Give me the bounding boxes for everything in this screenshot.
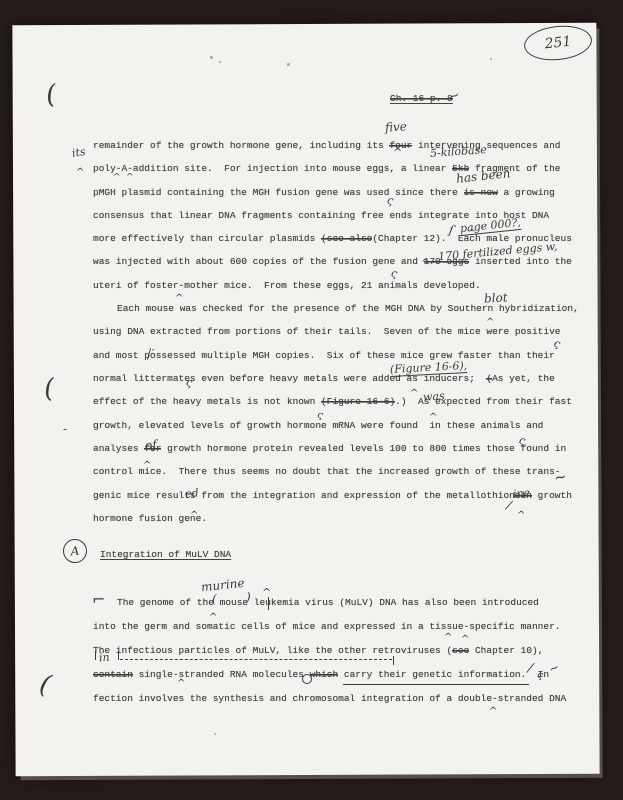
- typed-line: contain single-stranded RNA molecules wh…: [93, 669, 549, 680]
- move-text-dash-line: [120, 659, 392, 660]
- caret-mark: ^: [444, 633, 452, 643]
- scan-speckle: [214, 733, 216, 735]
- struck-out-text: which: [310, 669, 339, 680]
- caret-mark: ^: [209, 613, 217, 623]
- typed-line: analyses for growth hormone protein reve…: [93, 443, 566, 454]
- typed-text: Each mouse was checked for the presence …: [117, 303, 579, 314]
- typed-line: Each mouse was checked for the presence …: [117, 303, 579, 314]
- typed-line: more effectively than circular plasmids …: [93, 233, 572, 244]
- caret-mark: ^: [489, 707, 497, 717]
- caret-mark: ^: [175, 294, 183, 304]
- typed-text: and most possessed multiple MGH copies. …: [93, 350, 555, 361]
- typed-text: Chapter 10),: [469, 645, 543, 656]
- insert-suffix-ine: ine: [513, 487, 531, 499]
- typed-text: fection involves the synthesis and chrom…: [93, 693, 566, 704]
- typed-text: The infectious particles of MuLV, like t…: [93, 645, 452, 656]
- typed-line: fection involves the synthesis and chrom…: [93, 693, 566, 704]
- caret-mark: ^: [486, 318, 494, 328]
- insert-word-its: its: [71, 146, 86, 159]
- insert-word-of: of: [144, 439, 157, 452]
- caret-mark: ^: [177, 679, 185, 689]
- scan-speckle: [219, 61, 221, 63]
- typed-line: Integration of MuLV DNA: [100, 549, 231, 560]
- insert-word-five: five: [385, 120, 408, 133]
- margin-dash-mark: -: [63, 423, 67, 435]
- caret-mark: ^: [421, 259, 429, 269]
- struck-out-text: (see also: [321, 233, 372, 244]
- hand-underline: [343, 684, 529, 685]
- caret-mark: ^: [190, 511, 198, 521]
- typed-text: growth, elevated levels of growth hormon…: [93, 420, 543, 431]
- typed-line: genic mice results from the integration …: [93, 490, 572, 501]
- typed-line: pMGH plasmid containing the MGH fusion g…: [93, 187, 555, 198]
- typed-line: growth, elevated levels of growth hormon…: [93, 420, 543, 431]
- typed-line: The genome of the mouse leukemia virus (…: [117, 597, 539, 608]
- typed-text: pMGH plasmid containing the MGH fusion g…: [93, 187, 464, 198]
- caret-mark: ^: [262, 587, 271, 598]
- typed-text: analyses: [93, 443, 144, 454]
- tick-line: [95, 651, 96, 660]
- typed-line: control mice. There thus seems no doubt …: [93, 466, 560, 477]
- typed-text: growth hormone protein revealed levels 1…: [161, 443, 566, 454]
- margin-crescent-mark: (: [43, 376, 55, 403]
- struck-out-text: see: [452, 645, 469, 656]
- insert-word-in: in: [99, 652, 110, 664]
- page-header-line: Ch. 16 p. 8: [390, 93, 453, 104]
- caret-mark: ^: [468, 230, 476, 239]
- insert-word-blot: blot: [484, 291, 508, 304]
- caret-mark: ^: [113, 174, 121, 183]
- typed-text: a growing: [498, 187, 555, 198]
- insert-suffix-ed: ed: [185, 487, 199, 499]
- typed-text: As yet, the: [492, 373, 555, 384]
- tick-line: [393, 656, 394, 665]
- typed-text: carry their genetic information. In: [338, 669, 549, 680]
- caret-mark: ^: [126, 174, 134, 183]
- scan-speckle: [490, 58, 492, 60]
- comma-insert-mark: ς: [316, 411, 323, 422]
- typed-line: normal littermates even before heavy met…: [93, 373, 555, 384]
- typed-line: effect of the heavy metals is not known …: [93, 396, 572, 407]
- caret-mark: ^: [461, 635, 469, 645]
- hand-paren-mark: (: [212, 593, 217, 605]
- strike-bar: [268, 597, 269, 610]
- typed-text: single-stranded RNA molecules: [133, 669, 310, 680]
- scan-speckle: [210, 56, 213, 59]
- hand-paren-mark: ): [246, 591, 251, 603]
- typed-text: genic mice results from the integration …: [93, 490, 515, 501]
- paragraph-mark: ⌐: [92, 592, 105, 608]
- caret-mark: ^: [76, 168, 84, 178]
- caret-mark: ^: [429, 413, 437, 423]
- comma-insert-mark: ς: [536, 671, 543, 682]
- scan-speckle: [287, 63, 290, 66]
- struck-out-text: contain: [93, 669, 133, 680]
- typed-text: more effectively than circular plasmids: [93, 233, 321, 244]
- caret-mark: ^: [517, 511, 525, 521]
- struck-out-text: Ch. 16 p. 8: [390, 93, 453, 104]
- struck-out-text: (Figure 16-6): [321, 396, 395, 407]
- caret-mark: ^: [410, 389, 418, 399]
- caret-mark: ^: [393, 147, 402, 158]
- typed-text: uteri of foster-mother mice. From these …: [93, 280, 481, 291]
- typed-text: poly-A-addition site. For injection into…: [93, 163, 452, 174]
- typed-line: remainder of the growth hormone gene, in…: [93, 140, 561, 151]
- typed-line: uteri of foster-mother mice. From these …: [93, 280, 481, 291]
- typed-line: into the germ and somatic cells of mice …: [93, 621, 560, 632]
- typed-text: remainder of the growth hormone gene, in…: [93, 140, 389, 151]
- tick-line: [118, 651, 119, 660]
- typed-text: Integration of MuLV DNA: [100, 549, 231, 560]
- typed-text: control mice. There thus seems no doubt …: [93, 466, 560, 477]
- typed-line: The infectious particles of MuLV, like t…: [93, 645, 543, 656]
- insert-word-was: was: [423, 390, 445, 402]
- caret-mark: ^: [143, 461, 151, 471]
- typed-text: was injected with about 600 copies of th…: [93, 256, 424, 267]
- typed-text: into the germ and somatic cells of mice …: [93, 621, 560, 632]
- typed-text: growth: [532, 490, 572, 501]
- typed-text: The genome of the mouse leukemia virus (…: [117, 597, 539, 608]
- typed-text: effect of the heavy metals is not known: [93, 396, 321, 407]
- scan-backdrop: Ch. 16 p. 8remainder of the growth hormo…: [0, 0, 623, 800]
- circled-punct-mark: [302, 674, 312, 684]
- typed-line: and most possessed multiple MGH copies. …: [93, 350, 555, 361]
- typed-text: .) As expected from their fast: [395, 396, 572, 407]
- struck-out-text: is now: [464, 187, 498, 198]
